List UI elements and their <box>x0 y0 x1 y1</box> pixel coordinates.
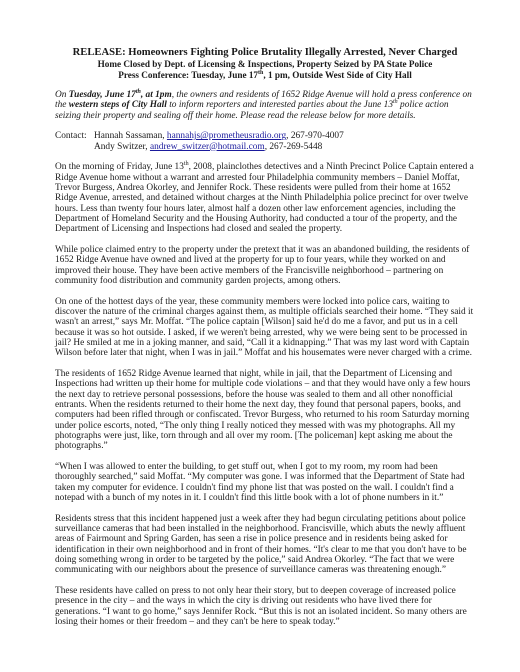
intro-text: to inform reporters and interested parti… <box>167 100 393 110</box>
body-paragraph-7: These residents have called on press to … <box>55 586 475 627</box>
press-release-page: RELEASE: Homeowners Fighting Police Brut… <box>55 47 475 628</box>
body-paragraph-6: Residents stress that this incident happ… <box>55 514 475 576</box>
release-subtitle: Home Closed by Dept. of Licensing & Insp… <box>55 59 475 70</box>
intro-paragraph: On Tuesday, June 17th, at 1pm, the owner… <box>55 90 475 121</box>
body-paragraph-2: While police claimed entry to the proper… <box>55 245 475 286</box>
contact-phone: , 267-970-4007 <box>286 131 344 141</box>
contact-row: Andy Switzer, andrew_switzer@hotmail.com… <box>55 142 475 152</box>
contact-email-link[interactable]: andrew_switzer@hotmail.com <box>150 142 265 152</box>
intro-date: Tuesday, June 17 <box>69 90 136 100</box>
contact-label: Contact: <box>55 131 94 141</box>
paragraph-text: On the morning of Friday, June 13 <box>55 162 184 172</box>
contact-email-link[interactable]: hannahjs@prometheusradio.org <box>167 131 286 141</box>
contact-name: Andy Switzer, <box>94 142 150 152</box>
paragraph-text: , 2008, plainclothes detectives and a Ni… <box>55 162 474 234</box>
press-line-text: Press Conference: Tuesday, June 17 <box>118 70 258 80</box>
body-paragraph-3: On one of the hottest days of the year, … <box>55 297 475 359</box>
body-paragraph-1: On the morning of Friday, June 13th, 200… <box>55 162 475 234</box>
intro-text: On <box>55 90 69 100</box>
body-paragraph-5: “When I was allowed to enter the buildin… <box>55 462 475 503</box>
intro-time: , at 1pm <box>141 90 172 100</box>
body-paragraph-4: The residents of 1652 Ridge Avenue learn… <box>55 369 475 452</box>
press-line-text-2: , 1 pm, Outside West Side of City Hall <box>263 70 411 80</box>
contact-name: Hannah Sassaman, <box>94 131 167 141</box>
contact-row: Contact: Hannah Sassaman, hannahjs@prome… <box>55 131 475 141</box>
contact-block: Contact: Hannah Sassaman, hannahjs@prome… <box>55 131 475 152</box>
contact-phone: , 267-269-5448 <box>265 142 323 152</box>
intro-location: western steps of City Hall <box>69 100 167 110</box>
release-title: RELEASE: Homeowners Fighting Police Brut… <box>47 47 483 59</box>
press-conference-line: Press Conference: Tuesday, June 17th, 1 … <box>55 70 475 81</box>
